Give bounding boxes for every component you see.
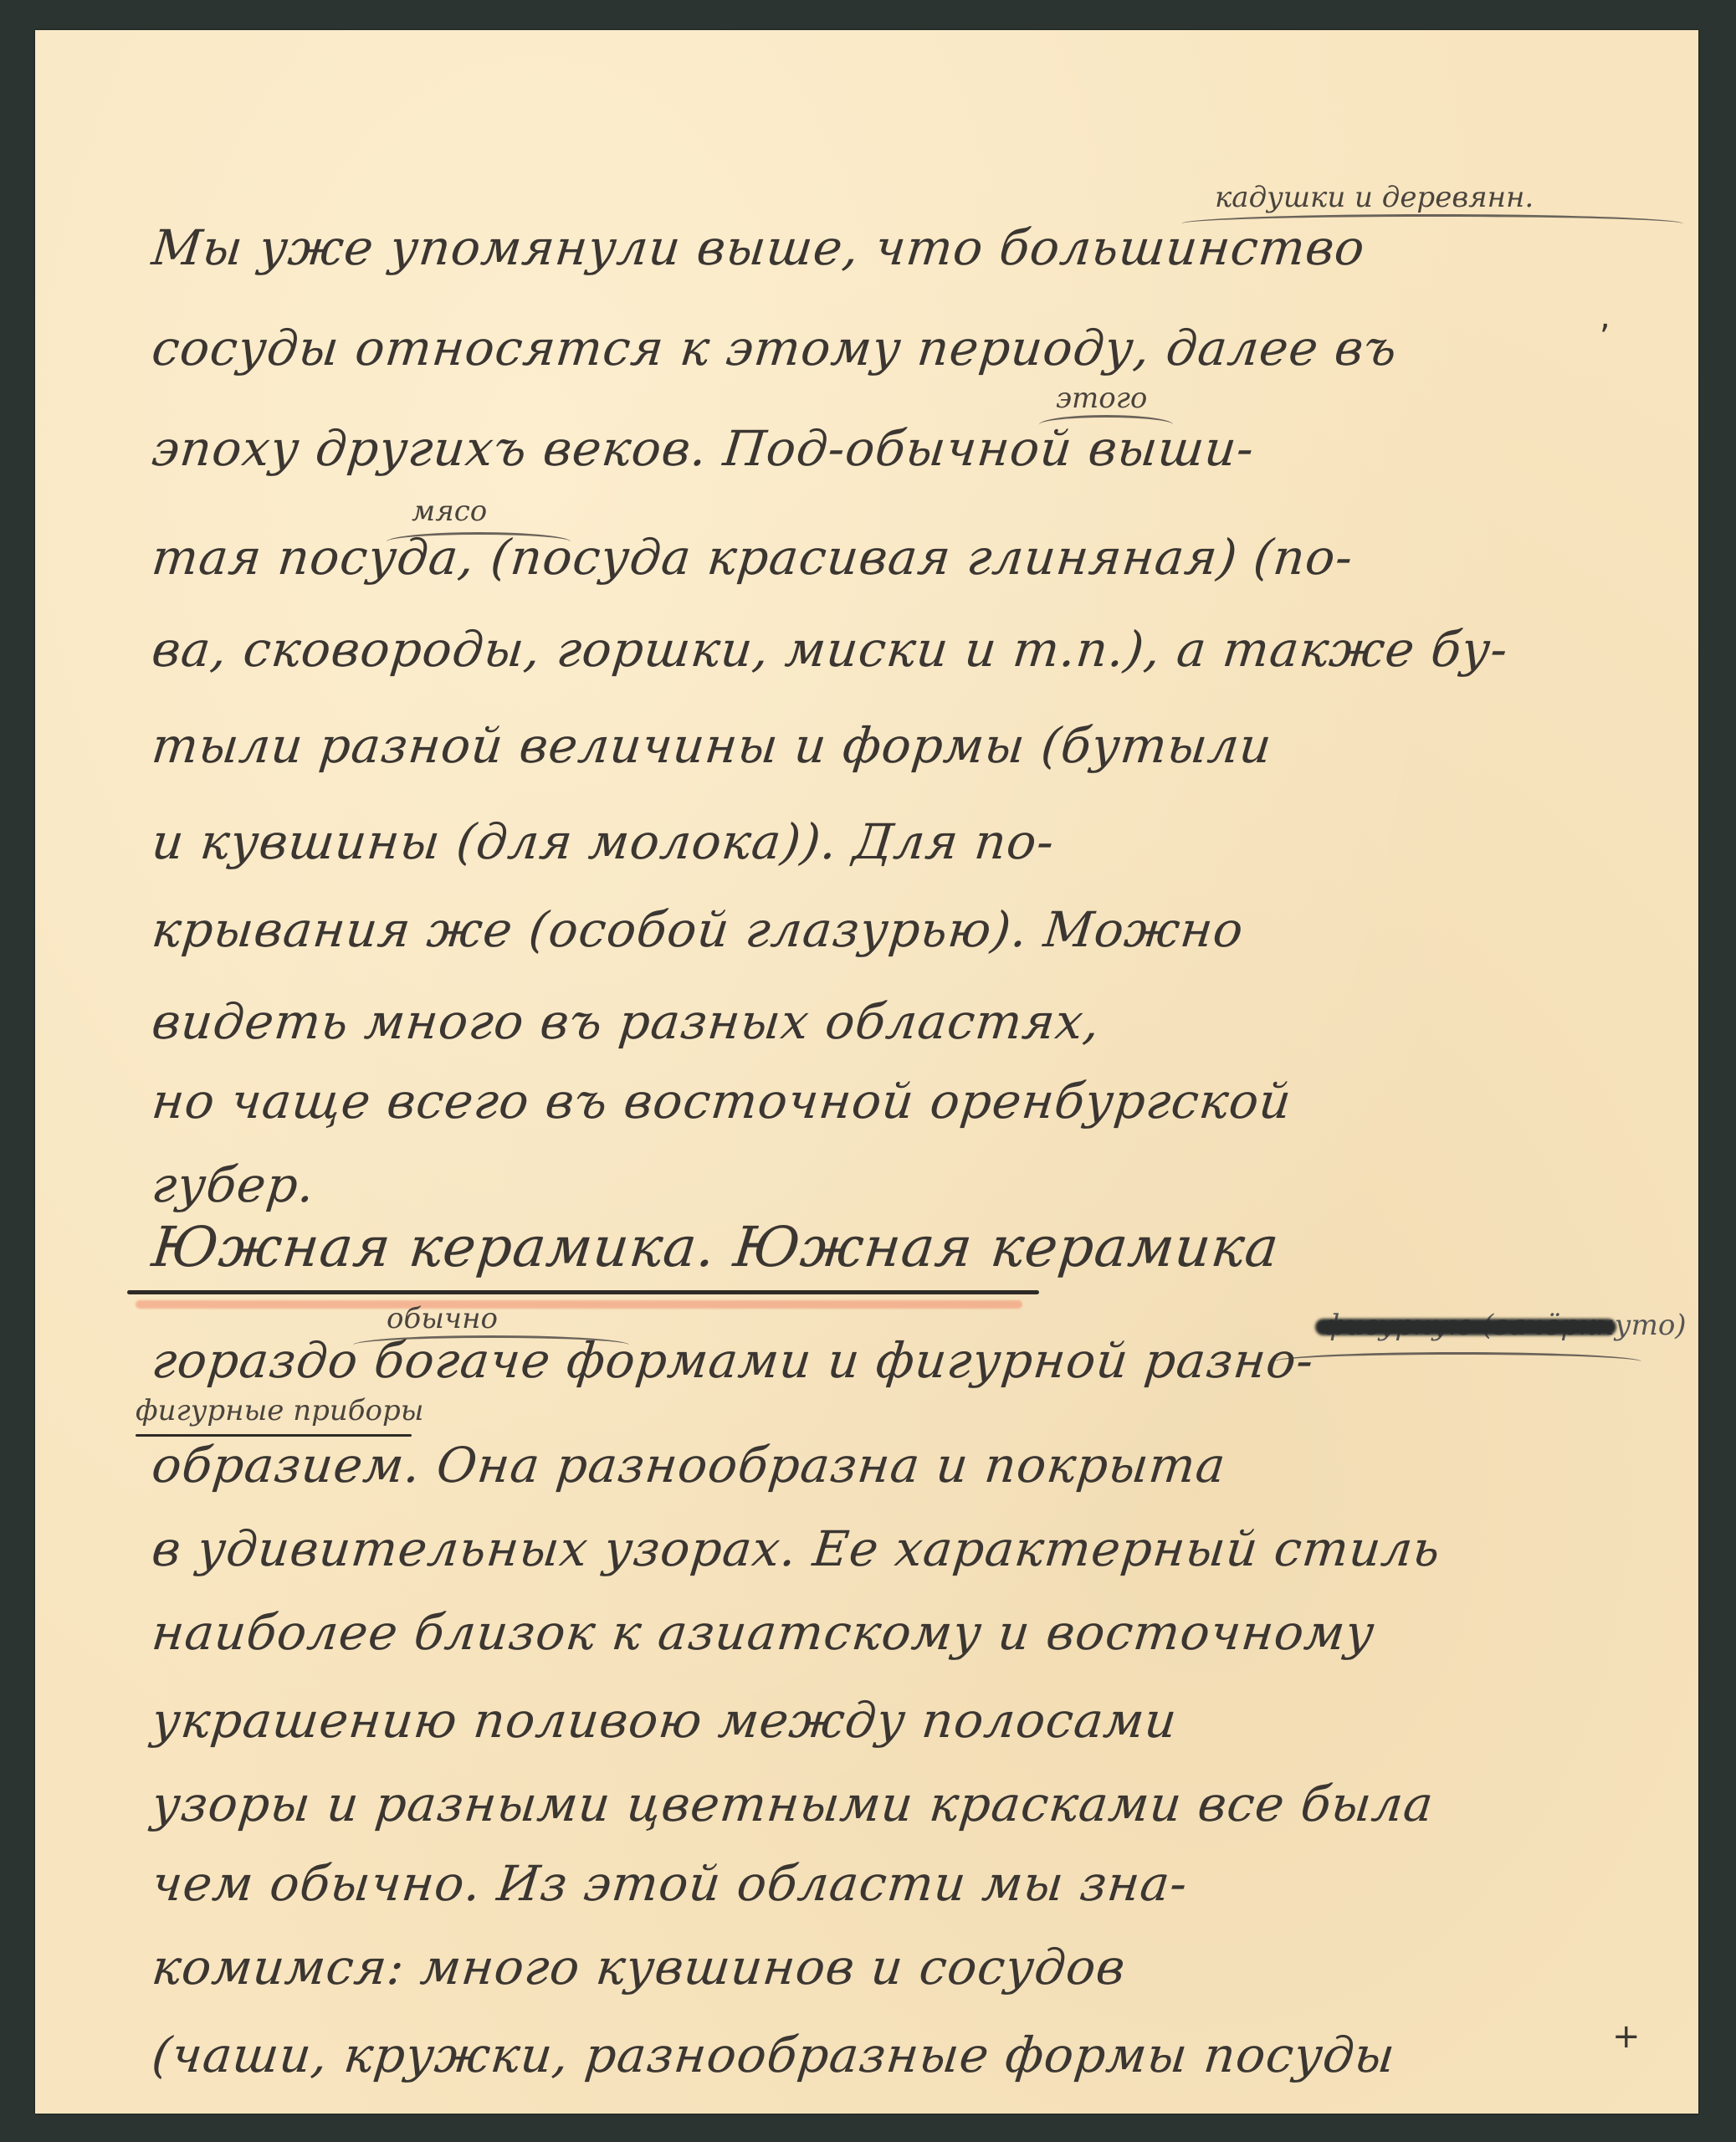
text-line-4: тая посуда, (посуда красивая глиняная) (…: [149, 528, 1677, 587]
text-line-2: сосуды относятся к этому периоду, далее …: [149, 319, 1677, 377]
interlinear-insertion: кадушки и деревянн.: [1215, 181, 1534, 214]
text-line-20: комимся: много кувшинов и сосудов: [149, 1938, 1677, 1996]
section-heading-line: Южная керамика. Южная керамика: [149, 1218, 1677, 1277]
interlinear-insertion: фигурные приборы: [136, 1394, 423, 1427]
interlinear-insertion: обычно: [387, 1302, 498, 1335]
text-line-18: узоры и разными цветными красками все бы…: [149, 1775, 1677, 1833]
text-line-3: эпоху другихъ веков. Под-обычной выши-: [149, 419, 1677, 478]
text-line-5: ва, сковороды, горшки, миски и т.п.), а …: [149, 620, 1677, 679]
text-line-8: крывания же (особой глазурью). Можно: [149, 900, 1677, 959]
text-line-19: чем обычно. Из этой области мы зна-: [149, 1854, 1677, 1913]
text-line-13: гораздо богаче формами и фигурной разно-: [149, 1331, 1677, 1390]
manuscript-page: кадушки и деревянн. Мы уже упомянули выш…: [35, 30, 1698, 2114]
text-line-11: губер.: [149, 1156, 1677, 1214]
text-line-15: в удивительных узорах. Ее характерный ст…: [149, 1519, 1677, 1578]
text-line-10: но чаще всего въ восточной оренбургской: [149, 1072, 1677, 1130]
text-line-21: (чаши, кружки, разнообразные формы посуд…: [149, 2026, 1677, 2084]
text-line-6: тыли разной величины и формы (бутыли: [149, 716, 1677, 775]
interlinear-insertion: мясо: [412, 495, 487, 528]
text-line-9: видеть много въ разных областях,: [149, 992, 1677, 1051]
heading-underline: [127, 1290, 1039, 1294]
text-line-1: Мы уже упомянули выше, что большинство: [149, 218, 1677, 277]
text-line-17: украшению поливою между полосами: [149, 1691, 1677, 1750]
interlinear-insertion: этого: [1056, 382, 1147, 415]
text-line-7: и кувшины (для молока)). Для по-: [149, 812, 1677, 871]
text-line-14: образием. Она разнообразна и покрыта: [149, 1436, 1677, 1494]
text-line-16: наиболее близок к азиатскому и восточном…: [149, 1603, 1677, 1662]
footer-mark: +: [1612, 2017, 1641, 2056]
red-pencil-underline: [136, 1300, 1022, 1309]
